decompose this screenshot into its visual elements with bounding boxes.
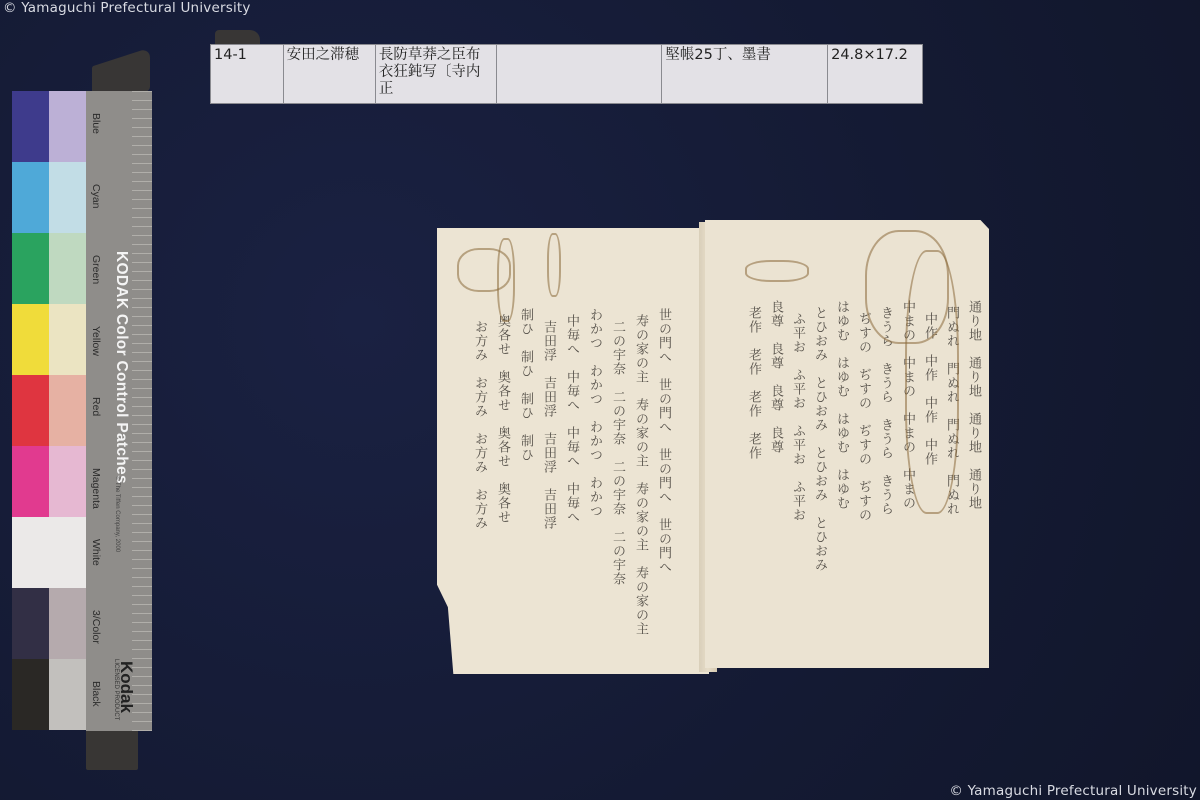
patch-label: Black [90,681,102,707]
swatch-magenta [12,446,86,517]
label-blank [497,45,662,104]
handwritten-column: 制ひ 制ひ 制ひ 制ひ [519,308,531,476]
chart-copyright: © The Tiffen Company, 2000 [114,476,120,552]
kodak-logo: Kodak [116,661,136,713]
left-page: 世の門へ 世の門へ 世の門へ 世の門へ 寿の家の主 寿の家の主 寿の家の主 寿の… [437,228,709,674]
swatch-cyan [12,162,86,233]
ruler-ticks [132,91,152,731]
copyright-watermark-bottom: © Yamaguchi Prefectural University [949,783,1197,799]
manuscript-book: 世の門へ 世の門へ 世の門へ 世の門へ 寿の家の主 寿の家の主 寿の家の主 寿の… [437,220,989,675]
label-author: 安田之滞穂 [283,45,375,104]
handwritten-column: 良尊 良尊 良尊 良尊 [769,300,781,468]
patch-label: Magenta [90,468,102,509]
handwritten-column: 通り地 通り地 通り地 通り地 [967,300,979,524]
patch-label: Red [90,397,102,416]
swatch-yellow [12,304,86,375]
handwritten-column: お方み お方み お方み お方み [473,320,485,544]
handwritten-column: 世の門へ 世の門へ 世の門へ 世の門へ [657,308,669,588]
handwritten-column: 奥各せ 奥各せ 奥各せ 奥各せ [496,314,508,538]
label-format: 堅帳25丁、墨書 [662,45,828,104]
handwritten-column: とひおみ とひおみ とひおみ とひおみ [813,306,825,586]
patch-label: White [90,539,102,566]
patch-label: 3/Color [90,610,102,644]
handwritten-column: 中毎へ 中毎へ 中毎へ 中毎へ [565,314,577,538]
patch-label: Cyan [90,184,102,209]
color-swatches [12,91,86,730]
handwritten-column: 寿の家の主 寿の家の主 寿の家の主 寿の家の主 [634,314,646,650]
swatch-black [12,659,86,730]
copyright-watermark-top: © Yamaguchi Prefectural University [3,0,251,16]
handwritten-column: 老作 老作 老作 老作 [747,306,759,474]
handwritten-column: ぢすの ぢすの ぢすの ぢすの [857,312,869,536]
catalog-label: 14-1 安田之滞穂 長防草莽之臣布衣狂鈍写〔寺内正 堅帳25丁、墨書 24.8… [210,44,923,104]
swatch-red [12,375,86,446]
swatch-white [12,517,86,588]
swatch-blue [12,91,86,162]
label-title: 長防草莽之臣布衣狂鈍写〔寺内正 [375,45,496,104]
swatch-3-color [12,588,86,659]
patch-label: Yellow [90,326,102,356]
handwritten-column: はゆむ はゆむ はゆむ はゆむ [835,300,847,524]
handwritten-column: ふ平お ふ平お ふ平お ふ平お [791,312,803,536]
kodak-color-chart: BlueCyanGreenYellowRedMagentaWhite3/Colo… [12,91,152,731]
label-id: 14-1 [211,45,284,104]
handwritten-column: 二の宇奈 二の宇奈 二の宇奈 二の宇奈 [611,320,623,600]
patch-label: Blue [90,113,102,134]
swatch-green [12,233,86,304]
patch-label: Green [90,255,102,284]
ruler: BlueCyanGreenYellowRedMagentaWhite3/Colo… [86,91,152,731]
label-size: 24.8×17.2 [828,45,923,104]
handwritten-column: 吉田浮 吉田浮 吉田浮 吉田浮 [542,320,554,544]
tape-top-label [215,30,260,45]
handwritten-column: わかつ わかつ わかつ わかつ [588,308,600,532]
right-page: 通り地 通り地 通り地 通り地 門ぬれ 門ぬれ 門ぬれ 門ぬれ 中作 中作 中作… [705,220,989,668]
chart-title: KODAK Color Control Patches [112,251,130,484]
